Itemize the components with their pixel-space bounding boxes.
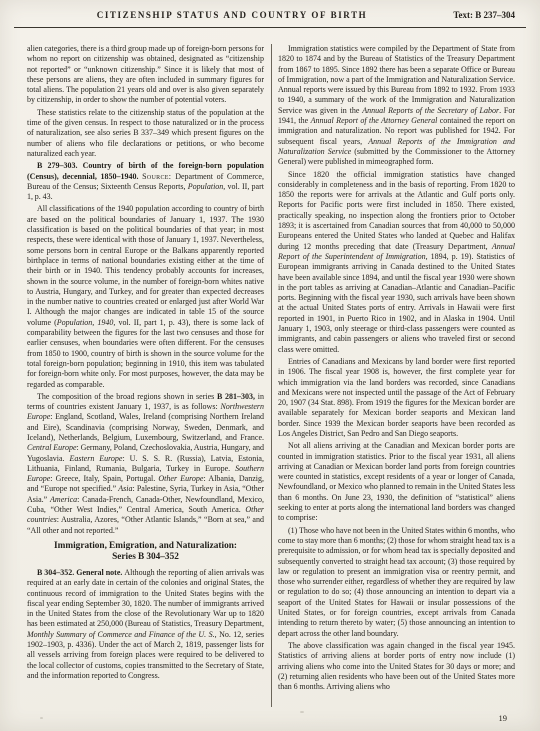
- paragraph: The composition of the broad regions sho…: [27, 392, 264, 536]
- paragraph: Entries of Canadians and Mexicans by lan…: [278, 357, 515, 439]
- paragraph: Since 1820 the official immigration stat…: [278, 170, 515, 355]
- document-page: CITIZENSHIP STATUS AND COUNTRY OF BIRTH …: [0, 0, 540, 731]
- header-rule: [14, 27, 526, 28]
- paragraph: alien categories, there is a third group…: [27, 44, 264, 106]
- general-note-paragraph: B 304–352. General note. Although the re…: [27, 568, 264, 681]
- running-title: CITIZENSHIP STATUS AND COUNTRY OF BIRTH: [27, 10, 437, 20]
- page-number: 19: [499, 713, 508, 723]
- paragraph: Immigration statistics were compiled by …: [278, 44, 515, 168]
- text-columns: alien categories, there is a third group…: [27, 44, 515, 707]
- scan-speck: [40, 717, 43, 719]
- paragraph: Not all aliens arriving at the Canadian …: [278, 441, 515, 523]
- section-heading-line1: Immigration, Emigration, and Naturalizat…: [54, 541, 237, 551]
- paragraph: All classifications of the 1940 populati…: [27, 204, 264, 389]
- paragraph: The above classification was again chang…: [278, 641, 515, 692]
- left-column: alien categories, there is a third group…: [27, 44, 264, 707]
- paragraph: These statistics relate to the citizensh…: [27, 108, 264, 159]
- paragraph: (1) Those who have not been in the Unite…: [278, 526, 515, 639]
- scan-speck: [300, 711, 304, 713]
- section-heading-line2: Series B 304–352: [112, 552, 179, 562]
- series-note-paragraph: B 279–303. Country of birth of the forei…: [27, 161, 264, 202]
- section-heading: Immigration, Emigration, and Naturalizat…: [27, 541, 264, 564]
- column-divider: [271, 44, 272, 707]
- page-header: CITIZENSHIP STATUS AND COUNTRY OF BIRTH …: [27, 10, 515, 24]
- right-column: Immigration statistics were compiled by …: [278, 44, 515, 707]
- series-reference: Text: B 237–304: [453, 10, 515, 20]
